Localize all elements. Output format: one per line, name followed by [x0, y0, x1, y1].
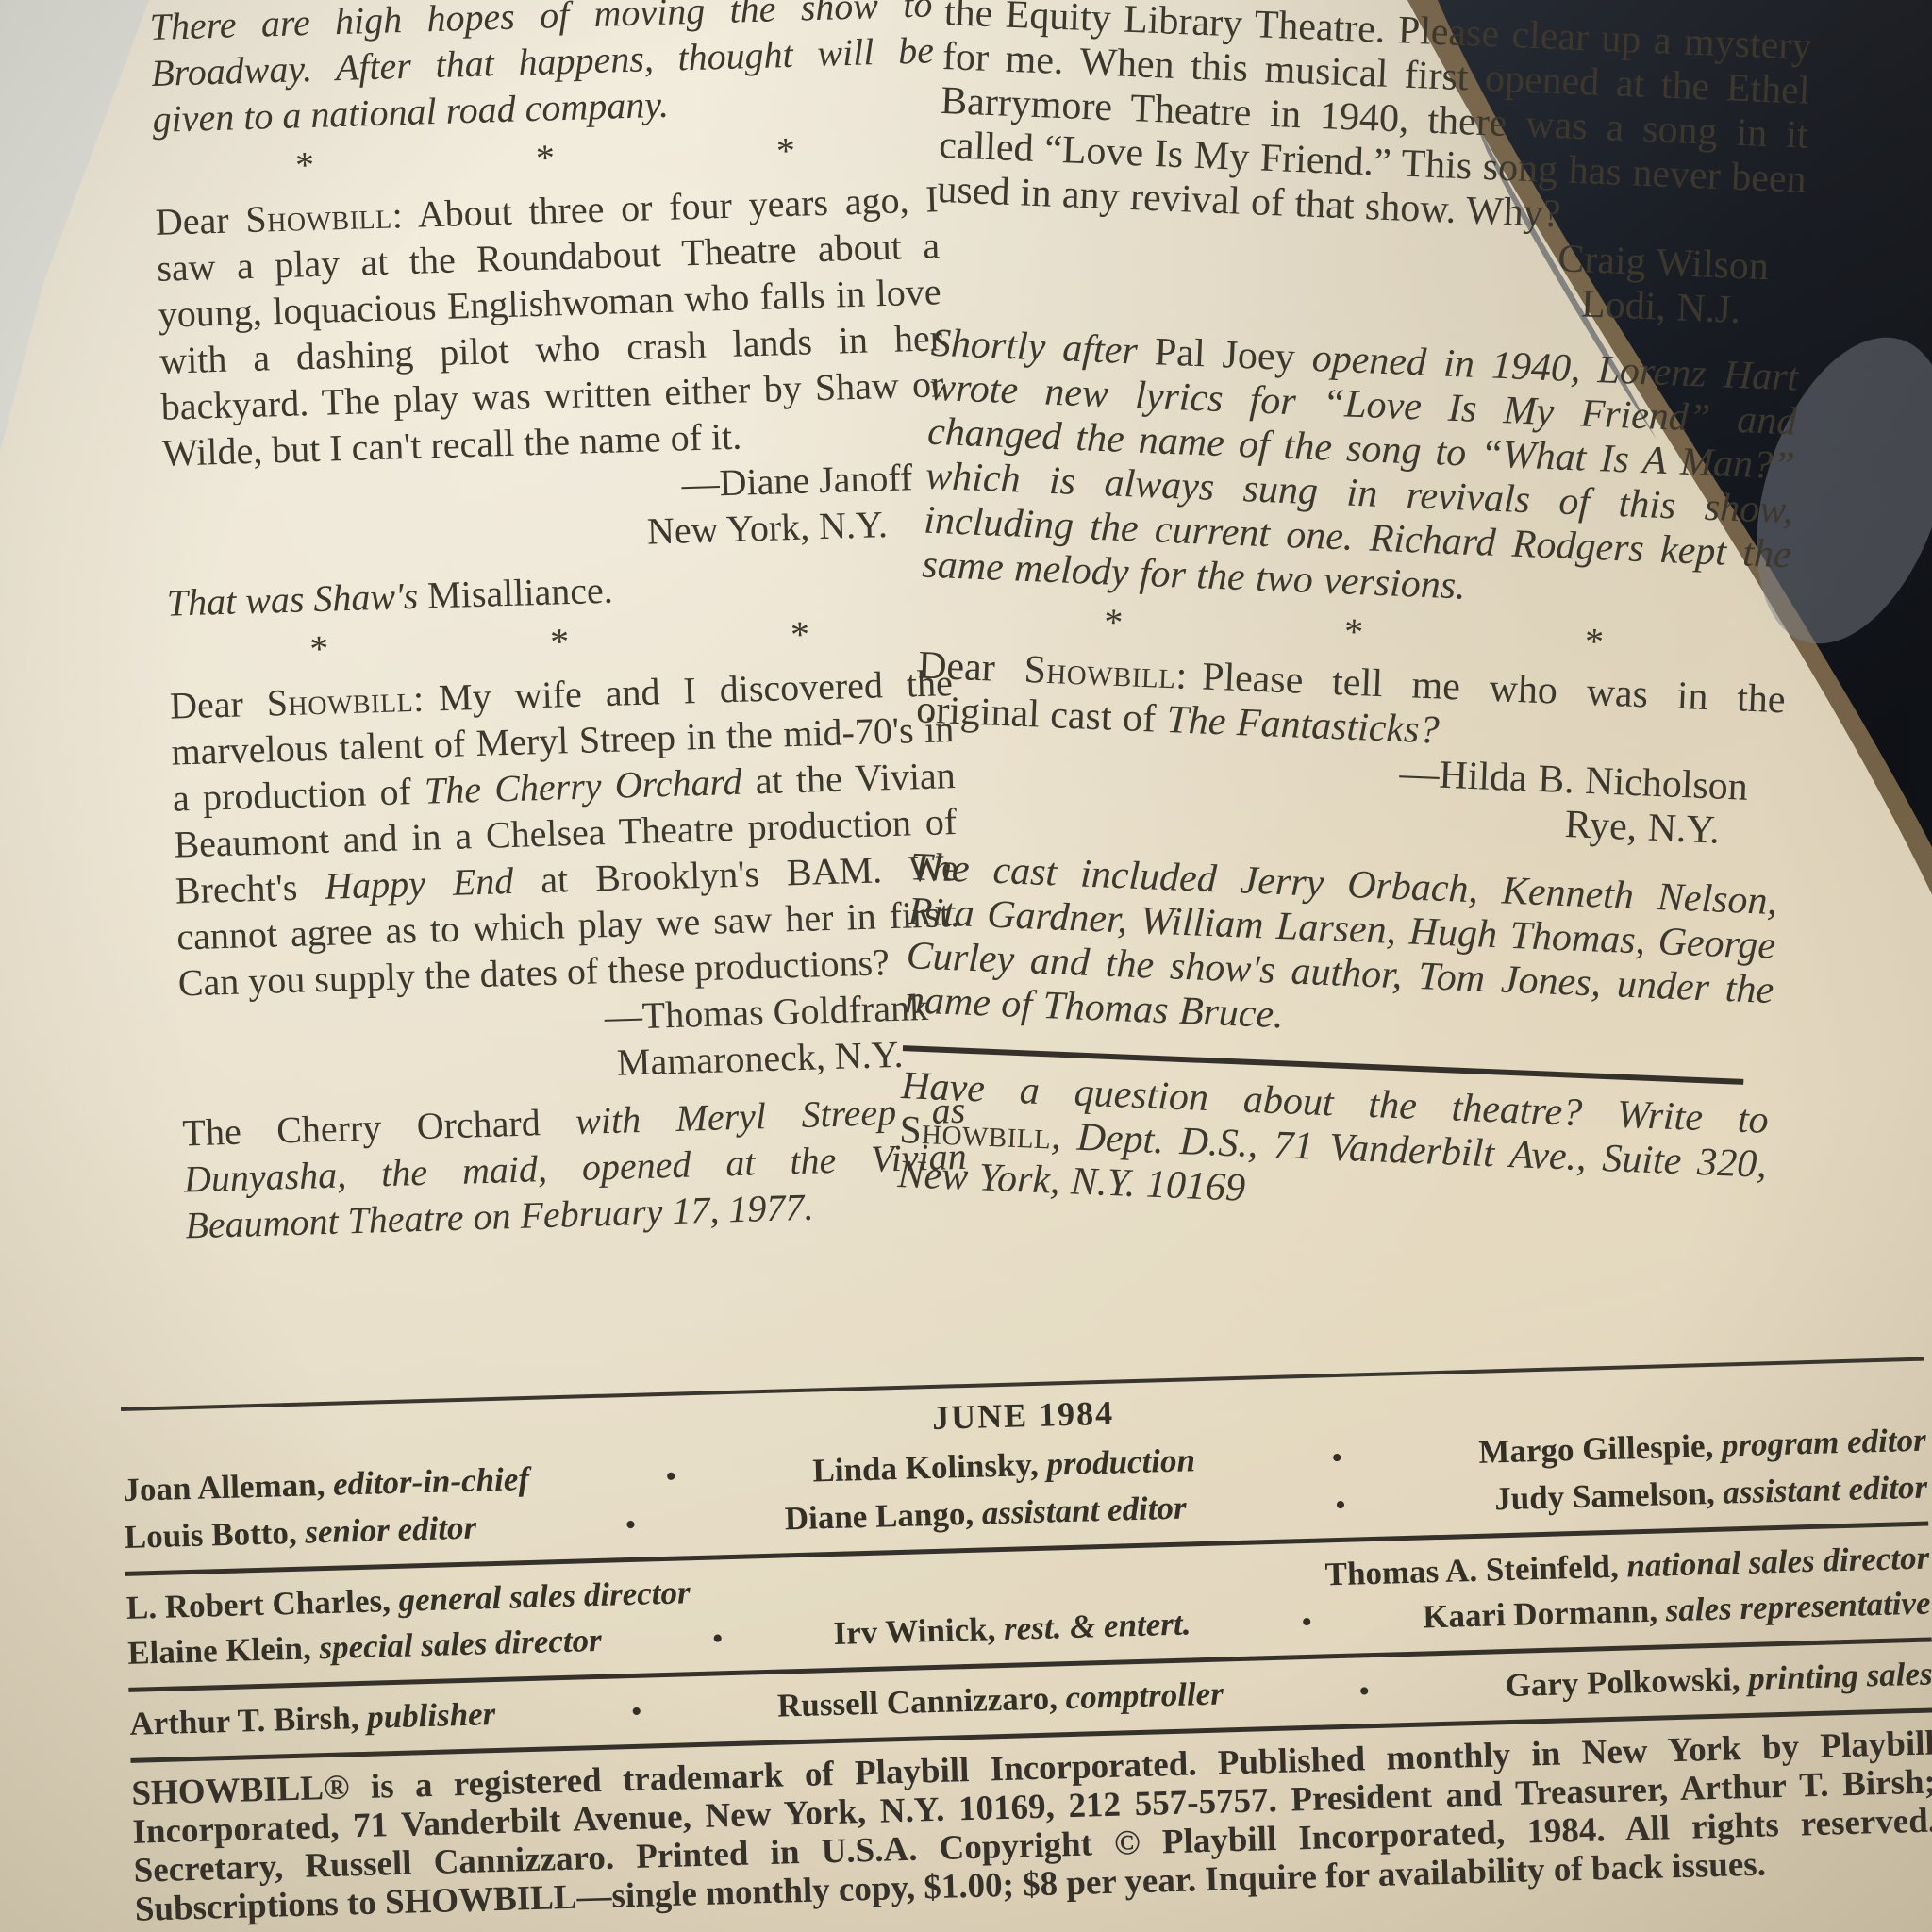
- staff-title: program editor: [1721, 1422, 1926, 1464]
- staff-title: general sales director: [398, 1574, 691, 1619]
- answer-cherry-orchard: The Cherry Orchard with Meryl Streep as …: [182, 1087, 969, 1249]
- answer-text-italic: That was Shaw's: [166, 575, 419, 625]
- star-glyph: *: [1343, 610, 1364, 655]
- staff-title: assistant editor: [981, 1490, 1187, 1532]
- staff-entry: Russell Cannizzaro, comptroller: [776, 1671, 1224, 1728]
- answer-text-italic: Shortly after: [930, 322, 1156, 374]
- staff-title: editor-in-chief: [332, 1460, 529, 1503]
- staff-name: Arthur T. Birsh,: [129, 1699, 359, 1742]
- bullet-glyph: •: [656, 1454, 686, 1500]
- staff-title: printing sales: [1748, 1655, 1932, 1696]
- staff-title: senior editor: [305, 1509, 477, 1551]
- answer-pal-joey: Shortly after Pal Joey opened in 1940, L…: [922, 322, 1800, 623]
- star-glyph: *: [535, 136, 555, 180]
- publication-name: Showbill: [1024, 648, 1177, 697]
- staff-name: Margo Gillespie,: [1478, 1427, 1714, 1471]
- letter-roundabout-play: Dear Showbill:About three or four years …: [155, 175, 945, 475]
- staff-entry: Gary Polkowski, printing sales: [1505, 1651, 1932, 1708]
- star-glyph: *: [790, 613, 809, 658]
- show-title: Pal Joey: [1154, 330, 1296, 379]
- play-title: Misalliance.: [417, 569, 613, 617]
- left-column: There are high hopes of moving the show …: [149, 0, 969, 1248]
- colon: :: [1175, 654, 1189, 697]
- colon: :: [391, 193, 403, 236]
- star-glyph: *: [294, 143, 314, 188]
- staff-name: L. Robert Charles,: [125, 1582, 391, 1626]
- star-glyph: *: [1103, 600, 1124, 644]
- magazine-page: There are high hopes of moving the show …: [0, 0, 1932, 1932]
- salutation: Dear: [169, 682, 243, 726]
- star-glyph: *: [1584, 620, 1605, 664]
- bullet-glyph: •: [616, 1503, 646, 1549]
- bullet-glyph: •: [703, 1616, 733, 1662]
- star-glyph: *: [775, 129, 795, 174]
- staff-name: Louis Botto,: [124, 1514, 297, 1556]
- bullet-glyph: •: [622, 1689, 652, 1735]
- staff-name: Linda Kolinsky,: [812, 1446, 1039, 1490]
- answer-continuation: There are high hopes of moving the show …: [149, 0, 936, 142]
- play-title: The Cherry Orchard: [182, 1100, 576, 1154]
- staff-name: Diane Lango,: [784, 1495, 974, 1538]
- bullet-glyph: •: [1349, 1669, 1379, 1715]
- staff-name: Elaine Klein,: [127, 1629, 311, 1671]
- star-glyph: *: [309, 627, 329, 672]
- letter-meryl-streep: Dear Showbill:My wife and I discovered t…: [169, 659, 961, 1006]
- staff-entry: Irv Winick, rest. & entert.: [833, 1601, 1191, 1657]
- staff-name: Russell Cannizzaro,: [777, 1679, 1058, 1724]
- bullet-glyph: •: [1291, 1600, 1322, 1646]
- publication-name: Showbill: [899, 1108, 1053, 1158]
- staff-title: comptroller: [1065, 1674, 1224, 1716]
- staff-title: publisher: [367, 1695, 496, 1736]
- staff-title: assistant editor: [1723, 1469, 1928, 1511]
- staff-name: Kaari Dormann,: [1423, 1592, 1658, 1636]
- colon: :: [412, 677, 424, 720]
- letter-love-is-my-friend: the Equity Library Theatre. Please clear…: [937, 0, 1813, 247]
- staff-name: Judy Samelson,: [1494, 1474, 1715, 1518]
- staff-title: sales representative: [1665, 1585, 1931, 1629]
- bullet-glyph: •: [1325, 1483, 1356, 1529]
- publication-name: Showbill: [266, 677, 414, 724]
- publication-name: Showbill: [245, 193, 393, 241]
- staff-entry: Arthur T. Birsh, publisher: [129, 1691, 496, 1747]
- bullet-glyph: •: [1322, 1436, 1352, 1482]
- salutation: Dear: [155, 199, 229, 243]
- staff-entry: Linda Kolinsky, production: [812, 1438, 1196, 1493]
- play-title: The Cherry Orchard: [424, 760, 742, 812]
- answer-fantasticks-cast: The cast included Jerry Orbach, Kenneth …: [904, 845, 1778, 1058]
- play-title: Happy End: [325, 859, 514, 908]
- staff-entry: Louis Botto, senior editor: [124, 1506, 477, 1560]
- salutation: Dear: [917, 643, 995, 690]
- staff-title: rest. & entert.: [1004, 1605, 1191, 1647]
- staff-name: Irv Winick,: [833, 1610, 996, 1652]
- right-column: the Equity Library Theatre. Please clear…: [897, 0, 1813, 1232]
- staff-name: Thomas A. Steinfeld,: [1324, 1548, 1619, 1593]
- staff-name: Joan Alleman,: [123, 1466, 325, 1508]
- staff-title: production: [1046, 1441, 1196, 1482]
- staff-name: Gary Polkowski,: [1505, 1660, 1740, 1704]
- staff-title: national sales director: [1626, 1540, 1930, 1585]
- answer-text-italic: opened in 1940, Lorenz Hart wrote new ly…: [922, 336, 1800, 608]
- star-glyph: *: [550, 620, 570, 664]
- masthead: JUNE 1984 Joan Alleman, editor-in-chief …: [121, 1357, 1932, 1929]
- staff-title: special sales director: [319, 1622, 602, 1666]
